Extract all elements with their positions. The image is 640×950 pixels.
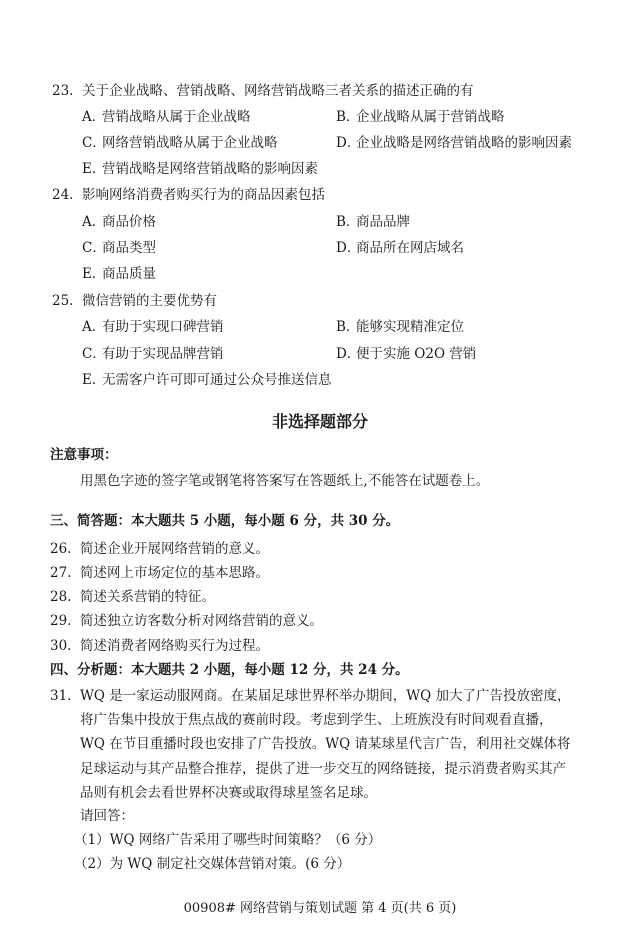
option-25-e: E．无需客户许可即可通过公众号推送信息 [82,371,332,389]
question-31-sub-2: （2）为 WQ 制定社交媒体营销对策。(6 分） [74,855,350,873]
option-text: 商品质量 [102,266,156,282]
question-number: 26. [50,540,80,558]
option-25-b: B．能够实现精准定位 [336,318,464,336]
option-23-e: E．营销战略是网络营销战略的影响因素 [82,160,318,178]
question-number: 25. [52,292,82,310]
option-text: 商品类型 [102,240,156,256]
option-label: B． [336,108,356,126]
option-text: 有助于实现品牌营销 [102,346,224,362]
option-text: 能够实现精准定位 [356,319,464,335]
option-text: 网络营销战略从属于企业战略 [102,135,278,151]
option-text: 营销战略是网络营销战略的影响因素 [102,161,318,177]
short-answer-heading: 三、简答题：本大题共 5 小题，每小题 6 分，共 30 分。 [50,512,399,530]
notice-label: 注意事项： [50,446,118,464]
question-23-stem: 23.关于企业战略、营销战略、网络营销战略三者关系的描述正确的有 [52,82,474,100]
option-text: 商品所在网店域名 [356,240,464,256]
question-number: 30. [50,637,80,655]
notice-text: 用黑色字迹的签字笔或钢笔将答案写在答题纸上,不能答在试题卷上。 [80,472,489,490]
question-text: 简述独立访客数分析对网络营销的意义。 [80,613,323,629]
option-text: 企业战略从属于营销战略 [356,109,505,125]
question-28: 28.简述关系营销的特征。 [50,588,215,606]
question-31-line-1: 31.WQ 是一家运动服网商。在某届足球世界杯举办期间，WQ 加大了广告投放密度… [50,687,570,705]
option-label: B． [336,318,356,336]
question-31-line-4: 足球运动与其产品整合推荐，提供了进一步交互的网络链接，提示消费者购买其产 [80,760,566,778]
question-31-line-3: WQ 在节目重播时段也安排了广告投放。WQ 请某球星代言广告，利用社交媒体将 [80,735,570,753]
option-label: C． [82,345,102,363]
option-24-c: C．商品类型 [82,239,156,257]
exam-page: 23.关于企业战略、营销战略、网络营销战略三者关系的描述正确的有 A．营销战略从… [0,0,640,950]
question-text: WQ 是一家运动服网商。在某届足球世界杯举办期间，WQ 加大了广告投放密度， [80,688,570,704]
page-footer: 00908# 网络营销与策划试题 第 4 页(共 6 页) [0,897,640,916]
option-25-a: A．有助于实现口碑营销 [82,318,224,336]
question-number: 29. [50,612,80,630]
option-24-b: B．商品品牌 [336,213,410,231]
question-text: 关于企业战略、营销战略、网络营销战略三者关系的描述正确的有 [82,83,474,99]
question-text: 影响网络消费者购买行为的商品因素包括 [82,187,325,203]
option-label: C． [82,134,102,152]
option-label: A． [82,213,102,231]
option-23-d: D．企业战略是网络营销战略的影响因素 [336,134,572,152]
question-text: 简述关系营销的特征。 [80,589,215,605]
option-label: B． [336,213,356,231]
option-label: E． [82,371,102,389]
question-number: 31. [50,687,80,705]
question-25-stem: 25.微信营销的主要优势有 [52,292,217,310]
question-31-prompt: 请回答： [80,807,134,825]
option-text: 便于实施 O2O 营销 [356,346,476,362]
question-31-line-5: 品则有机会去看世界杯决赛或取得球星签名足球。 [80,784,377,802]
option-23-a: A．营销战略从属于企业战略 [82,108,251,126]
option-label: D． [336,239,356,257]
section-title: 非选择题部分 [0,409,640,432]
option-label: A． [82,318,102,336]
question-31-sub-1: （1）WQ 网络广告采用了哪些时间策略？（6 分） [74,831,381,849]
question-number: 23. [52,82,82,100]
question-27: 27.简述网上市场定位的基本思路。 [50,564,269,582]
option-label: D． [336,134,356,152]
question-number: 27. [50,564,80,582]
option-label: E． [82,265,102,283]
option-text: 商品品牌 [356,214,410,230]
option-25-d: D．便于实施 O2O 营销 [336,345,476,363]
option-24-d: D．商品所在网店域名 [336,239,464,257]
option-24-a: A．商品价格 [82,213,156,231]
question-text: 微信营销的主要优势有 [82,293,217,309]
question-29: 29.简述独立访客数分析对网络营销的意义。 [50,612,323,630]
option-25-c: C．有助于实现品牌营销 [82,345,224,363]
option-label: E． [82,160,102,178]
analysis-heading: 四、分析题：本大题共 2 小题，每小题 12 分，共 24 分。 [50,661,409,679]
question-31-line-2: 将广告集中投放于焦点战的赛前时段。考虑到学生、上班族没有时间观看直播， [80,711,553,729]
question-30: 30.简述消费者网络购买行为过程。 [50,637,269,655]
option-label: A． [82,108,102,126]
option-label: C． [82,239,102,257]
question-24-stem: 24.影响网络消费者购买行为的商品因素包括 [52,186,325,204]
option-text: 无需客户许可即可通过公众号推送信息 [102,372,332,388]
question-text: 简述网上市场定位的基本思路。 [80,565,269,581]
option-text: 商品价格 [102,214,156,230]
question-number: 28. [50,588,80,606]
option-text: 营销战略从属于企业战略 [102,109,251,125]
option-23-b: B．企业战略从属于营销战略 [336,108,505,126]
question-number: 24. [52,186,82,204]
option-label: D． [336,345,356,363]
option-text: 企业战略是网络营销战略的影响因素 [356,135,572,151]
option-text: 有助于实现口碑营销 [102,319,224,335]
option-23-c: C．网络营销战略从属于企业战略 [82,134,278,152]
question-26: 26.简述企业开展网络营销的意义。 [50,540,269,558]
question-text: 简述消费者网络购买行为过程。 [80,638,269,654]
question-text: 简述企业开展网络营销的意义。 [80,541,269,557]
option-24-e: E．商品质量 [82,265,156,283]
